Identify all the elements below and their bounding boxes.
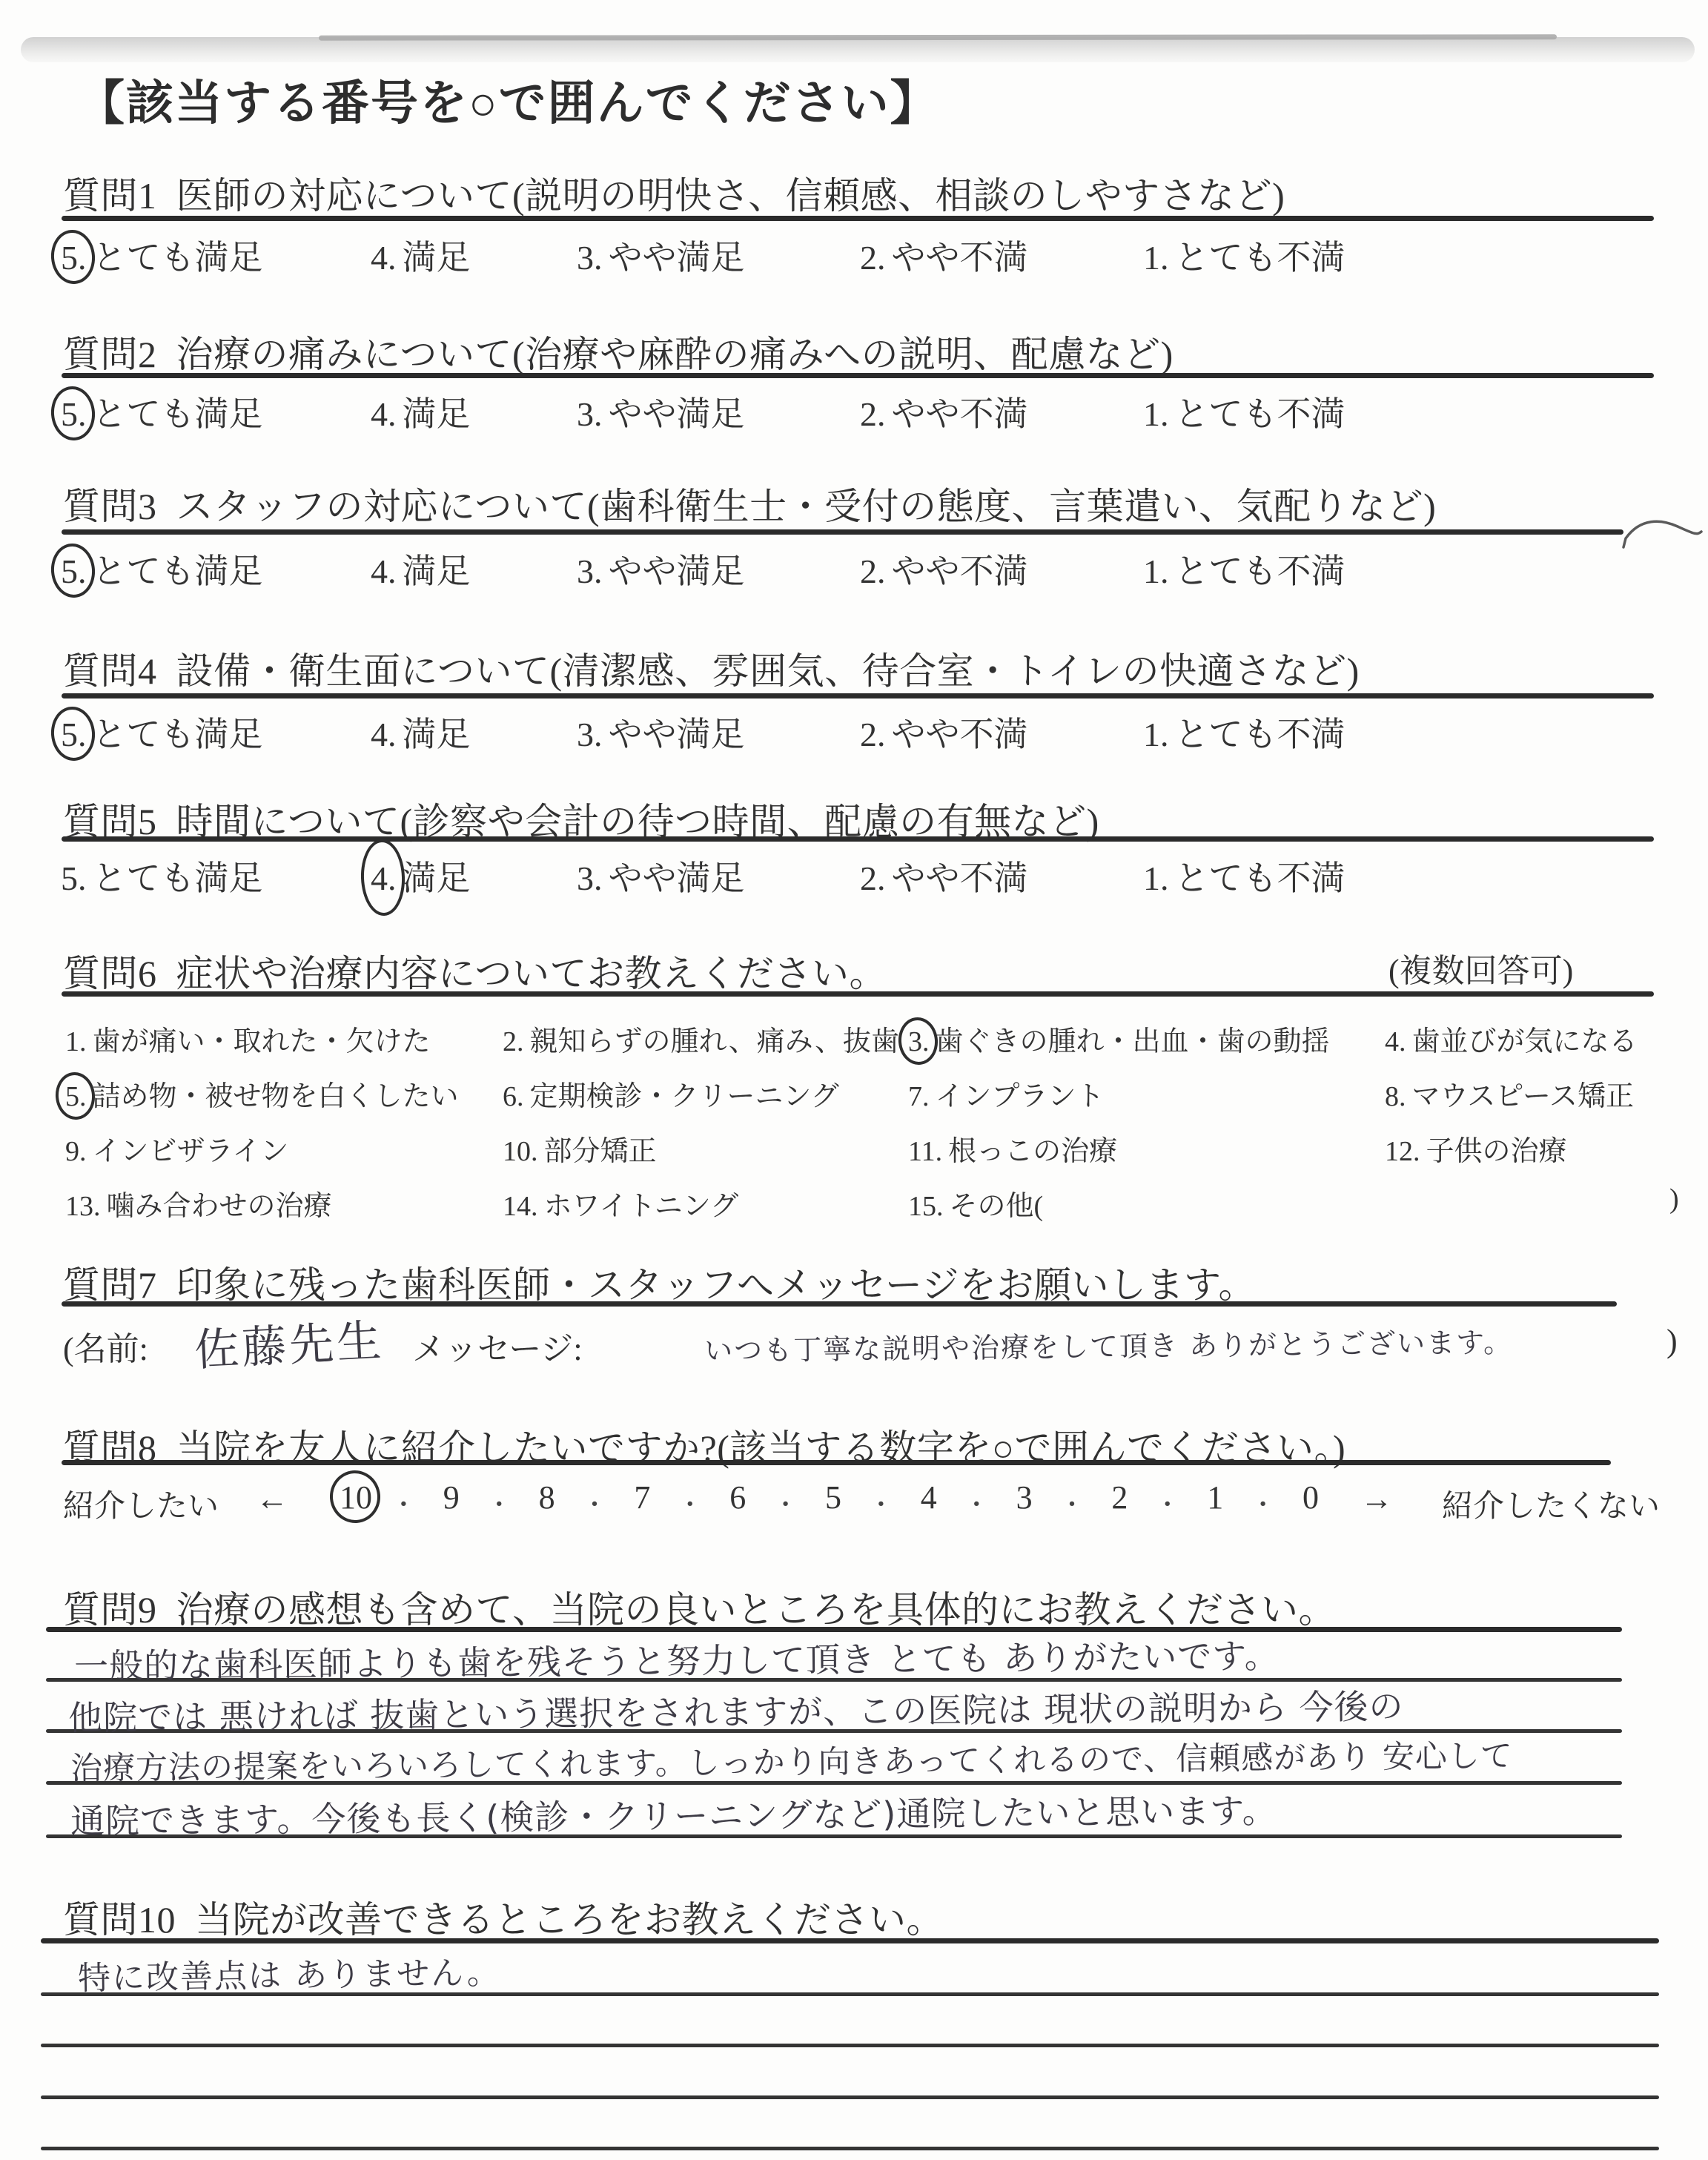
satisfaction-option[interactable]: 1.とても不満 bbox=[1143, 387, 1345, 436]
recommend-score-1[interactable]: 1 bbox=[1207, 1479, 1223, 1516]
option-number: 4. bbox=[371, 715, 397, 754]
option-label: 歯並びが気になる bbox=[1412, 1026, 1638, 1057]
circled-answer-mark: 3. bbox=[908, 1025, 930, 1058]
option-label: 歯が痛い・取れた・欠けた bbox=[93, 1026, 431, 1057]
ruled-line bbox=[62, 373, 1654, 378]
treatment-option[interactable]: 3.歯ぐきの腫れ・出血・歯の動揺 bbox=[908, 1018, 1330, 1059]
option-label: とても不満 bbox=[1175, 859, 1345, 897]
satisfaction-option[interactable]: 1.とても不満 bbox=[1143, 231, 1345, 280]
option-number: 3. bbox=[577, 238, 603, 277]
option-number: 4. bbox=[371, 552, 397, 591]
ruled-line bbox=[46, 1627, 1622, 1632]
option-number: 2. bbox=[860, 715, 886, 754]
option-label: 満足 bbox=[403, 552, 471, 590]
option-label: とても不満 bbox=[1175, 395, 1345, 433]
option-label: やや不満 bbox=[892, 716, 1028, 753]
circled-answer-mark: 5. bbox=[61, 715, 87, 754]
treatment-option[interactable]: 10.部分矯正 bbox=[503, 1128, 657, 1169]
option-label: 部分矯正 bbox=[544, 1136, 657, 1167]
satisfaction-option[interactable]: 2.やや不満 bbox=[860, 231, 1028, 280]
question-label: 質問7 bbox=[63, 1264, 157, 1306]
question-label: 質問6 bbox=[63, 953, 157, 994]
question-topic: 設備・衛生面について(清潔感、雰囲気、待合室・トイレの快適さなど) bbox=[176, 650, 1360, 692]
score-number: 0 bbox=[1302, 1479, 1319, 1516]
option-number: 2. bbox=[860, 859, 886, 898]
option-label: とても満足 bbox=[93, 395, 263, 433]
scale-separator-dot: ・ bbox=[678, 1484, 703, 1521]
option-number: 10. bbox=[503, 1135, 538, 1168]
option-number: 6. bbox=[503, 1080, 524, 1113]
question-topic: 医師の対応について(説明の明快さ、信頼感、相談のしやすさなど) bbox=[176, 175, 1285, 217]
question-label: 質問3 bbox=[63, 486, 157, 527]
option-label: 噛み合わせの治療 bbox=[107, 1191, 332, 1222]
option-label: 満足 bbox=[403, 716, 471, 753]
scale-separator-dot: ・ bbox=[391, 1484, 416, 1521]
option-label: とても満足 bbox=[93, 239, 263, 277]
treatment-option[interactable]: 13.噛み合わせの治療 bbox=[65, 1183, 332, 1223]
writing-line bbox=[41, 2147, 1659, 2150]
option-label: とても不満 bbox=[1175, 716, 1345, 753]
treatment-option[interactable]: 4.歯並びが気になる bbox=[1385, 1018, 1638, 1059]
question-label: 質問10 bbox=[63, 1899, 176, 1941]
multiple-answers-note: (複数回答可) bbox=[1388, 944, 1573, 991]
option-number: 1. bbox=[1143, 715, 1169, 754]
handwritten-name: 佐藤先生 bbox=[193, 1305, 385, 1378]
ruled-line bbox=[62, 529, 1623, 535]
close-paren: ) bbox=[1666, 1322, 1678, 1360]
treatment-option[interactable]: 1.歯が痛い・取れた・欠けた bbox=[65, 1018, 431, 1059]
question-1-heading: 質問1医師の対応について(説明の明快さ、信頼感、相談のしやすさなど) bbox=[63, 166, 1285, 219]
option-label: やや不満 bbox=[892, 395, 1028, 433]
option-number: 1. bbox=[1143, 238, 1169, 277]
treatment-option[interactable]: 6.定期検診・クリーニング bbox=[503, 1073, 839, 1114]
option-number: 13. bbox=[65, 1190, 101, 1223]
left-arrow: ← bbox=[256, 1480, 288, 1518]
score-number: 7 bbox=[634, 1479, 650, 1516]
question-2-options: 5.とても満足4.満足3.やや満足2.やや不満1.とても不満 bbox=[0, 387, 1708, 435]
satisfaction-option[interactable]: 5.とても満足 bbox=[61, 851, 263, 900]
scan-artifact-bar bbox=[21, 37, 1695, 62]
satisfaction-option[interactable]: 4.満足 bbox=[371, 707, 471, 756]
treatment-option[interactable]: 8.マウスピース矯正 bbox=[1385, 1073, 1634, 1114]
treatment-option[interactable]: 12.子供の治療 bbox=[1385, 1128, 1567, 1169]
option-number: 4. bbox=[1385, 1025, 1406, 1058]
recommend-score-3[interactable]: 3 bbox=[1016, 1479, 1033, 1516]
score-number: 3 bbox=[1016, 1479, 1033, 1516]
question-3-heading: 質問3スタッフの対応について(歯科衛生士・受付の態度、言葉遣い、気配りなど) bbox=[63, 477, 1436, 530]
option-number: 2. bbox=[503, 1025, 524, 1058]
option-number: 1. bbox=[1143, 394, 1169, 434]
option-label: 定期検診・クリーニング bbox=[530, 1081, 839, 1112]
option-label: 満足 bbox=[403, 859, 471, 897]
option-label: やや満足 bbox=[609, 859, 745, 897]
satisfaction-option[interactable]: 4.満足 bbox=[371, 387, 471, 436]
ruled-line bbox=[62, 836, 1654, 842]
ruled-line bbox=[41, 1938, 1659, 1943]
option-number: 1. bbox=[1143, 552, 1169, 591]
satisfaction-option[interactable]: 3.やや満足 bbox=[577, 707, 745, 756]
question-4-options: 5.とても満足4.満足3.やや満足2.やや不満1.とても不満 bbox=[0, 707, 1708, 755]
scan-artifact-streak bbox=[319, 34, 1557, 40]
recommend-score-5[interactable]: 5 bbox=[825, 1479, 841, 1516]
option-number: 7. bbox=[908, 1080, 930, 1113]
option-label: 根っこの治療 bbox=[948, 1136, 1117, 1167]
writing-line bbox=[41, 1992, 1659, 1996]
treatment-option[interactable]: 14.ホワイトニング bbox=[503, 1183, 738, 1223]
question-5-options: 5.とても満足4.満足3.やや満足2.やや不満1.とても不満 bbox=[0, 851, 1708, 899]
option-number: 4. bbox=[371, 394, 397, 434]
option-label: 歯ぐきの腫れ・出血・歯の動揺 bbox=[936, 1026, 1330, 1057]
option-label: 満足 bbox=[403, 395, 471, 433]
option-number: 11. bbox=[908, 1135, 942, 1168]
question-topic: 症状や治療内容についてお教えください。 bbox=[176, 953, 887, 994]
writing-line bbox=[41, 2095, 1659, 2099]
treatment-option[interactable]: 7.インプラント bbox=[908, 1073, 1105, 1114]
option-label: インビザライン bbox=[93, 1136, 289, 1167]
satisfaction-option[interactable]: 5.とても満足 bbox=[61, 544, 263, 593]
scale-separator-dot: ・ bbox=[868, 1484, 893, 1521]
handwritten-message: いつも丁寧な説明や治療をして頂き ありがとうございます。 bbox=[704, 1319, 1514, 1368]
score-number: 5 bbox=[825, 1479, 841, 1516]
recommend-score-8[interactable]: 8 bbox=[539, 1479, 555, 1516]
option-label: やや満足 bbox=[609, 552, 745, 590]
score-number: 9 bbox=[443, 1479, 460, 1516]
treatment-option[interactable]: 11.根っこの治療 bbox=[908, 1128, 1117, 1169]
question-7-answer-row: (名前: 佐藤先生 メッセージ: いつも丁寧な説明や治療をして頂き ありがとうご… bbox=[0, 1316, 1708, 1398]
satisfaction-option[interactable]: 2.やや不満 bbox=[860, 707, 1028, 756]
question-label: 質問2 bbox=[63, 334, 157, 375]
recommend-score-7[interactable]: 7 bbox=[634, 1479, 650, 1516]
option-number: 14. bbox=[503, 1190, 538, 1223]
name-field-label: (名前: bbox=[63, 1322, 148, 1370]
option-label: インプラント bbox=[936, 1081, 1105, 1112]
question-label: 質問1 bbox=[63, 175, 157, 217]
scale-separator-dot: ・ bbox=[1251, 1484, 1276, 1521]
circled-answer-mark: 10 bbox=[340, 1479, 372, 1516]
question-1-options: 5.とても満足4.満足3.やや満足2.やや不満1.とても不満 bbox=[0, 231, 1708, 278]
scale-separator-dot: ・ bbox=[486, 1484, 512, 1521]
option-label: マウスピース矯正 bbox=[1412, 1081, 1634, 1112]
score-number: 1 bbox=[1207, 1479, 1223, 1516]
ruled-line bbox=[62, 1460, 1611, 1465]
ruled-line bbox=[62, 1301, 1617, 1307]
question-topic: 治療の感想も含めて、当院の良いところを具体的にお教えください。 bbox=[176, 1589, 1337, 1631]
question-6-options: ) 1.歯が痛い・取れた・欠けた2.親知らずの腫れ、痛み、抜歯3.歯ぐきの腫れ・… bbox=[0, 1018, 1708, 1218]
option-label: 親知らずの腫れ、痛み、抜歯 bbox=[530, 1026, 900, 1057]
recommend-score-4[interactable]: 4 bbox=[921, 1479, 937, 1516]
option-label: やや不満 bbox=[892, 859, 1028, 897]
circled-answer-mark: 5. bbox=[65, 1080, 87, 1113]
option-label: 満足 bbox=[403, 239, 471, 277]
satisfaction-option[interactable]: 1.とても不満 bbox=[1143, 707, 1345, 756]
recommend-scale-row: 紹介したい ← → 紹介したくない 10・9・8・7・6・5・4・3・2・1・0 bbox=[0, 1479, 1708, 1538]
right-arrow: → bbox=[1360, 1480, 1393, 1518]
satisfaction-option[interactable]: 5.とても満足 bbox=[61, 707, 263, 756]
ruled-line bbox=[62, 693, 1654, 698]
question-topic: 治療の痛みについて(治療や麻酔の痛みへの説明、配慮など) bbox=[176, 334, 1174, 375]
option-number: 1. bbox=[65, 1025, 87, 1058]
scale-separator-dot: ・ bbox=[1155, 1484, 1180, 1521]
satisfaction-option[interactable]: 5.とても満足 bbox=[61, 387, 263, 436]
recommend-score-0[interactable]: 0 bbox=[1302, 1479, 1319, 1516]
score-number: 6 bbox=[729, 1479, 746, 1516]
option-label: その他( bbox=[950, 1191, 1044, 1222]
scale-left-label: 紹介したい bbox=[63, 1482, 219, 1526]
option-number: 8. bbox=[1385, 1080, 1406, 1113]
question-2-heading: 質問2治療の痛みについて(治療や麻酔の痛みへの説明、配慮など) bbox=[63, 325, 1174, 378]
recommend-score-2[interactable]: 2 bbox=[1111, 1479, 1128, 1516]
satisfaction-option[interactable]: 2.やや不満 bbox=[860, 387, 1028, 436]
satisfaction-option[interactable]: 2.やや不満 bbox=[860, 851, 1028, 900]
circled-answer-mark: 4. bbox=[371, 859, 397, 898]
question-4-heading: 質問4設備・衛生面について(清潔感、雰囲気、待合室・トイレの快適さなど) bbox=[63, 641, 1360, 695]
option-number: 2. bbox=[860, 394, 886, 434]
option-label: 子供の治療 bbox=[1426, 1136, 1567, 1167]
question-label: 質問9 bbox=[63, 1589, 157, 1631]
treatment-option[interactable]: 5.詰め物・被せ物を白くしたい bbox=[65, 1073, 459, 1114]
question-topic: 当院が改善できるところをお教えください。 bbox=[195, 1899, 944, 1941]
satisfaction-option[interactable]: 1.とても不満 bbox=[1143, 544, 1345, 593]
recommend-score-6[interactable]: 6 bbox=[729, 1479, 746, 1516]
question-3-options: 5.とても満足4.満足3.やや満足2.やや不満1.とても不満 bbox=[0, 544, 1708, 592]
option-number: 3. bbox=[577, 859, 603, 898]
scale-separator-dot: ・ bbox=[1059, 1484, 1085, 1521]
handwritten-answer-line: 治療方法の提案をいろいろしてくれます。しっかり向きあってくれるので、信頼感があり… bbox=[70, 1731, 1513, 1789]
option-label: やや満足 bbox=[609, 395, 745, 433]
score-number: 8 bbox=[539, 1479, 555, 1516]
scanned-survey-page: 【該当する番号を○で囲んでください】 質問1医師の対応について(説明の明快さ、信… bbox=[0, 0, 1708, 2160]
score-number: 4 bbox=[921, 1479, 937, 1516]
writing-line bbox=[41, 2044, 1659, 2047]
other-option-close-paren: ) bbox=[1669, 1183, 1679, 1215]
option-number: 9. bbox=[65, 1135, 87, 1168]
option-label: とても不満 bbox=[1175, 239, 1345, 277]
satisfaction-option[interactable]: 1.とても不満 bbox=[1143, 851, 1345, 900]
satisfaction-option[interactable]: 4.満足 bbox=[371, 231, 471, 280]
circled-answer-mark: 5. bbox=[61, 394, 87, 434]
option-number: 4. bbox=[371, 238, 397, 277]
satisfaction-option[interactable]: 3.やや満足 bbox=[577, 231, 745, 280]
option-number: 3. bbox=[577, 715, 603, 754]
question-topic: スタッフの対応について(歯科衛生士・受付の態度、言葉遣い、気配りなど) bbox=[176, 486, 1437, 527]
treatment-option[interactable]: 15.その他( bbox=[908, 1183, 1043, 1223]
handwritten-answer-line: 特に改善点は ありません。 bbox=[78, 1946, 501, 1999]
satisfaction-option[interactable]: 3.やや満足 bbox=[577, 851, 745, 900]
option-label: とても満足 bbox=[93, 552, 263, 590]
message-field-label: メッセージ: bbox=[412, 1322, 583, 1370]
question-label: 質問4 bbox=[63, 650, 157, 692]
circled-answer-mark: 5. bbox=[61, 238, 87, 277]
question-9-heading: 質問9治療の感想も含めて、当院の良いところを具体的にお教えください。 bbox=[63, 1580, 1336, 1634]
option-number: 5. bbox=[61, 859, 87, 898]
recommend-score-10[interactable]: 10 bbox=[340, 1479, 372, 1516]
option-label: ホワイトニング bbox=[544, 1191, 739, 1222]
satisfaction-option[interactable]: 2.やや不満 bbox=[860, 544, 1028, 593]
option-number: 2. bbox=[860, 552, 886, 591]
treatment-option[interactable]: 9.インビザライン bbox=[65, 1128, 288, 1169]
circled-answer-mark: 5. bbox=[61, 552, 87, 591]
scale-separator-dot: ・ bbox=[964, 1484, 989, 1521]
option-number: 15. bbox=[908, 1190, 944, 1223]
treatment-option[interactable]: 2.親知らずの腫れ、痛み、抜歯 bbox=[503, 1018, 899, 1059]
satisfaction-option[interactable]: 3.やや満足 bbox=[577, 387, 745, 436]
option-label: とても満足 bbox=[93, 716, 263, 753]
scale-right-label: 紹介したくない bbox=[1442, 1482, 1660, 1526]
option-label: やや満足 bbox=[609, 239, 745, 277]
option-label: 詰め物・被せ物を白くしたい bbox=[93, 1081, 459, 1112]
option-number: 12. bbox=[1385, 1135, 1420, 1168]
option-label: とても満足 bbox=[93, 859, 263, 897]
satisfaction-option[interactable]: 4.満足 bbox=[371, 851, 471, 900]
page-title: 【該当する番号を○で囲んでください】 bbox=[77, 65, 939, 133]
option-number: 2. bbox=[860, 238, 886, 277]
option-number: 3. bbox=[577, 394, 603, 434]
scale-separator-dot: ・ bbox=[773, 1484, 798, 1521]
option-label: やや不満 bbox=[892, 239, 1028, 277]
satisfaction-option[interactable]: 3.やや満足 bbox=[577, 544, 745, 593]
ruled-line bbox=[62, 216, 1654, 221]
ruled-line bbox=[62, 991, 1654, 997]
question-10-heading: 質問10当院が改善できるところをお教えください。 bbox=[63, 1890, 944, 1943]
option-label: やや不満 bbox=[892, 552, 1028, 590]
option-label: やや満足 bbox=[609, 716, 745, 753]
option-number: 3. bbox=[577, 552, 603, 591]
satisfaction-option[interactable]: 5.とても満足 bbox=[61, 231, 263, 280]
question-topic: 印象に残った歯科医師・スタッフへメッセージをお願いします。 bbox=[176, 1264, 1257, 1306]
score-number: 2 bbox=[1111, 1479, 1128, 1516]
scale-separator-dot: ・ bbox=[582, 1484, 607, 1521]
option-label: とても不満 bbox=[1175, 552, 1345, 590]
option-number: 1. bbox=[1143, 859, 1169, 898]
recommend-score-9[interactable]: 9 bbox=[443, 1479, 460, 1516]
satisfaction-option[interactable]: 4.満足 bbox=[371, 544, 471, 593]
question-6-heading: 質問6症状や治療内容についてお教えください。 bbox=[63, 944, 887, 997]
